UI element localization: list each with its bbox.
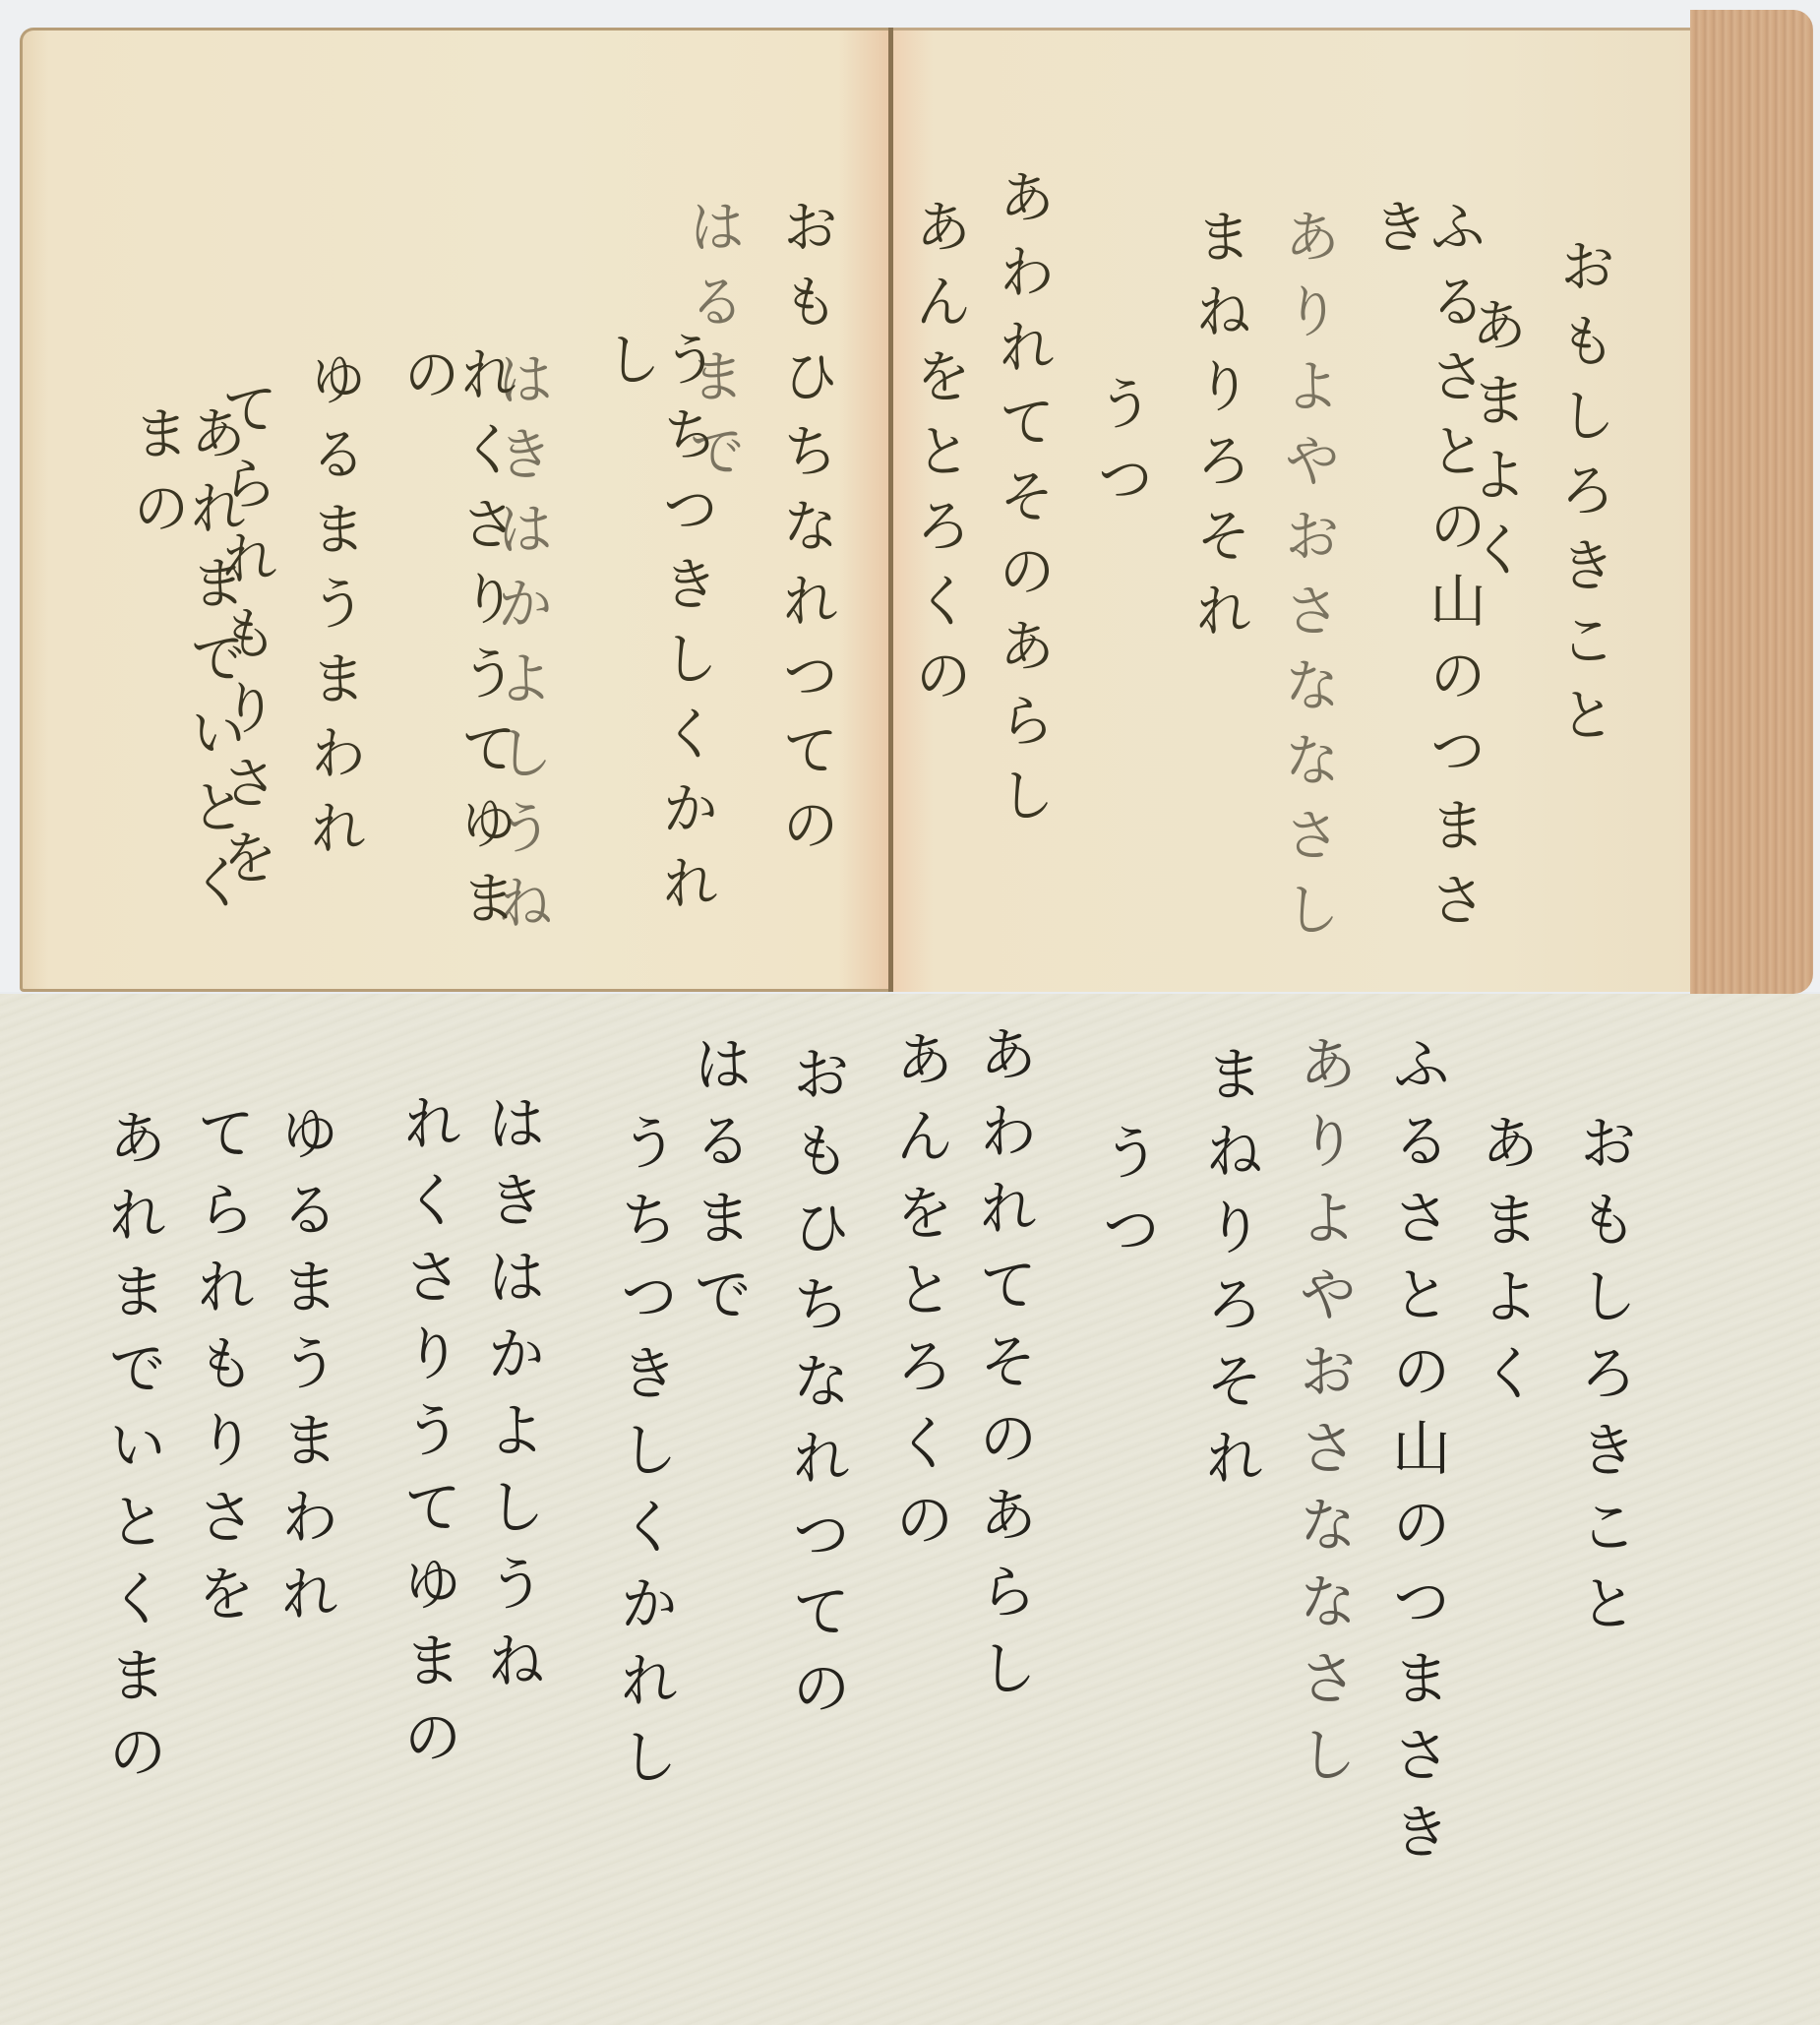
practice-sheet: おもしろきことあまよくふるさとの山のつまさきありよやおさななさしまねりろそれうつ… <box>0 994 1820 2025</box>
calligraphy-column: おもしろきこと <box>1574 1112 1633 1649</box>
calligraphy-column: あれまでいとくまの <box>103 1107 162 1798</box>
calligraphy-column: れくさりうてゆまの <box>398 1092 457 1783</box>
calligraphy-column: うつ <box>1097 1122 1156 1275</box>
calligraphy-column: れくさりうてゆまの <box>398 344 513 992</box>
calligraphy-column: あわれてそのあらし <box>974 1023 1033 1714</box>
calligraphy-column: はきはかよしうね <box>482 1092 541 1706</box>
calligraphy-column: あまよく <box>1476 1112 1535 1419</box>
calligraphy-column: はるまで <box>689 1033 748 1340</box>
calligraphy-column: あわれてそのあらし <box>994 167 1051 840</box>
book-fore-edge <box>1690 10 1813 994</box>
calligraphy-column: おもひちなれつての <box>777 197 834 870</box>
book-photo: おもしろきことあまよくふるさとの山のつまさきありよやおさななさしまねりろそれうつ… <box>0 0 1820 992</box>
calligraphy-column: ありよやおさななさし <box>1279 207 1336 954</box>
calligraphy-column: おもひちなれつての <box>787 1043 846 1734</box>
calligraphy-column: てられもりさを <box>192 1102 251 1639</box>
calligraphy-column: ゆるまうまわれ <box>305 349 362 873</box>
calligraphy-column: うちつきしくかれし <box>615 1112 674 1803</box>
calligraphy-column: あんをとろくの <box>890 1028 949 1565</box>
calligraphy-column: うつ <box>1092 374 1149 523</box>
calligraphy-column: あれまでいとくまの <box>128 403 242 992</box>
calligraphy-column: まねりろそれ <box>1200 1043 1259 1503</box>
calligraphy-column: まねりろそれ <box>1190 207 1247 655</box>
calligraphy-column: ふるさとの山のつまさき <box>1367 197 1482 992</box>
calligraphy-column: うちつきしくかれし <box>600 330 714 992</box>
calligraphy-column: ゆるまうまわれ <box>275 1102 334 1639</box>
calligraphy-column: ありよやおさななさし <box>1294 1033 1353 1801</box>
calligraphy-column: あんをとろくの <box>910 197 967 720</box>
calligraphy-column: ふるさとの山のつまさき <box>1387 1033 1446 1877</box>
calligraphy-column: おもしろきこと <box>1554 236 1611 760</box>
